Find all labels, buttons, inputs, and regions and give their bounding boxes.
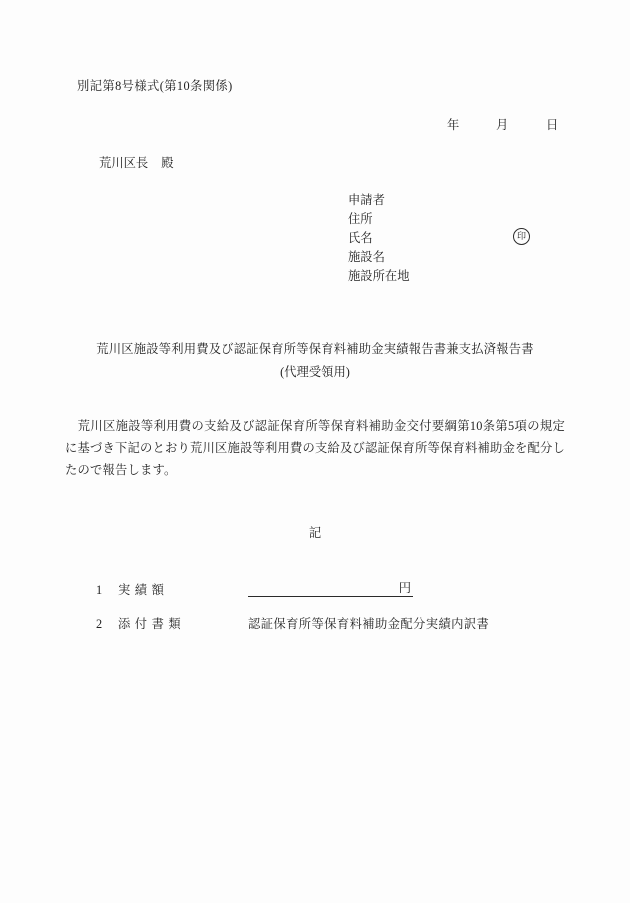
date-line: 年 月 日 <box>0 116 630 135</box>
applicant-label: 申請者 <box>348 191 410 210</box>
addressee-recipient: 荒川区長 <box>99 156 148 170</box>
date-month-label: 月 <box>496 116 508 135</box>
date-day-label: 日 <box>546 116 558 135</box>
seal-icon: 印 <box>513 228 530 245</box>
date-year-label: 年 <box>447 116 459 135</box>
item-2-label: 添付書類 <box>118 615 185 634</box>
facility-name-label: 施設名 <box>348 248 410 267</box>
addressee-honorific: 殿 <box>161 156 173 170</box>
amount-blank-field: 円 <box>248 581 413 597</box>
addressee: 荒川区長殿 <box>99 154 174 173</box>
document-title: 荒川区施設等利用費及び認証保育所等保育料補助金実績報告書兼支払済報告書 <box>0 340 630 359</box>
amount-unit-label: 円 <box>399 581 413 596</box>
body-paragraph: 荒川区施設等利用費の支給及び認証保育所等保育料補助金交付要綱第10条第5項の規定… <box>65 415 565 481</box>
applicant-block: 申請者 住所 氏名 施設名 施設所在地 <box>348 191 410 286</box>
item-2-number: 2 <box>96 615 102 634</box>
seal-text: 印 <box>517 232 526 241</box>
name-label: 氏名 <box>348 229 410 248</box>
form-code: 別記第8号様式(第10条関係) <box>77 77 233 96</box>
item-2-value: 認証保育所等保育料補助金配分実績内訳書 <box>248 615 489 634</box>
document-subtitle: (代理受領用) <box>0 363 630 382</box>
item-1-number: 1 <box>96 581 102 600</box>
record-marker: 記 <box>0 524 630 543</box>
item-1-label: 実績額 <box>118 581 168 600</box>
facility-address-label: 施設所在地 <box>348 267 410 286</box>
document-page: 別記第8号様式(第10条関係) 年 月 日 荒川区長殿 申請者 住所 氏名 施設… <box>0 0 630 903</box>
address-label: 住所 <box>348 210 410 229</box>
